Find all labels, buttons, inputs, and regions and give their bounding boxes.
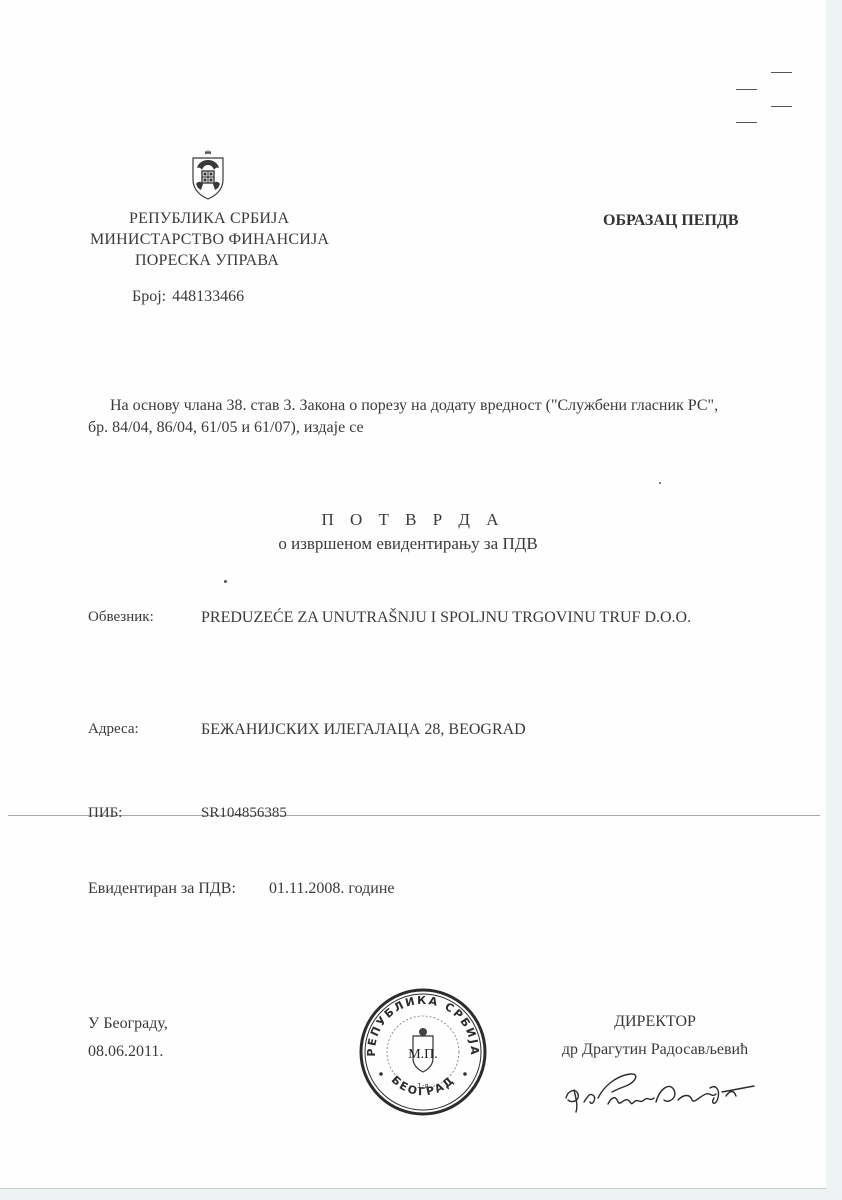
registered-value: 01.11.2008. године (269, 880, 394, 898)
stamp-lower-text: 1-я (417, 1082, 428, 1090)
intro-paragraph: На основу члана 38. став 3. Закона о пор… (88, 395, 808, 439)
form-code: ОБРАЗАЦ ПЕПДВ (603, 212, 739, 230)
director-title: ДИРЕКТОР (540, 1013, 770, 1031)
fold-line (8, 815, 820, 816)
document-title: П О Т В Р Д А (0, 510, 842, 530)
document-subtitle: о извршеном евидентирању за ПДВ (0, 534, 816, 554)
serbian-coat-of-arms-icon (191, 150, 225, 200)
official-stamp: РЕПУБЛИКА СРБИЈА БЕОГРАД М.П. 1-я (357, 988, 489, 1116)
stamp-center-text: М.П. (408, 1047, 438, 1062)
pib-value: SR104856385 (201, 805, 287, 822)
scan-edge (826, 0, 842, 1200)
scan-speck (659, 482, 661, 484)
pib-label: ПИБ: (88, 805, 122, 822)
director-name: др Драгутин Радосављевић (540, 1041, 770, 1059)
intro-line-2: бр. 84/04, 86/04, 61/05 и 61/07), издаје… (88, 417, 808, 439)
intro-line-1: На основу члана 38. став 3. Закона о пор… (88, 395, 808, 417)
header-ministry: МИНИСТАРСТВО ФИНАНСИЈА (90, 231, 329, 249)
taxpayer-label: Обвезник: (88, 609, 154, 626)
document-number: Број:448133466 (132, 288, 244, 306)
document-number-value: 448133466 (172, 288, 244, 305)
issue-date: 08.06.2011. (88, 1043, 163, 1061)
header-agency: ПОРЕСКА УПРАВА (135, 252, 279, 270)
address-value: БЕЖАНИЈСКИХ ИЛЕГАЛАЦА 28, BEOGRAD (201, 721, 526, 739)
document-page: РЕПУБЛИКА СРБИЈА МИНИСТАРСТВО ФИНАНСИЈА … (0, 0, 827, 1189)
corner-mark (771, 72, 792, 73)
document-number-label: Број: (132, 288, 166, 305)
corner-mark (736, 122, 757, 123)
scan-speck (224, 580, 227, 583)
director-signature (560, 1068, 760, 1118)
scan-edge-bottom (0, 1189, 842, 1200)
corner-mark (736, 89, 757, 90)
issue-place: У Београду, (88, 1015, 168, 1033)
address-label: Адреса: (88, 721, 139, 738)
corner-mark (771, 106, 792, 107)
registered-label: Евидентиран за ПДВ: (88, 880, 236, 898)
header-country: РЕПУБЛИКА СРБИЈА (129, 210, 289, 228)
taxpayer-value: PREDUZEĆE ZA UNUTRAŠNJU I SPOLJNU TRGOVI… (201, 609, 691, 627)
